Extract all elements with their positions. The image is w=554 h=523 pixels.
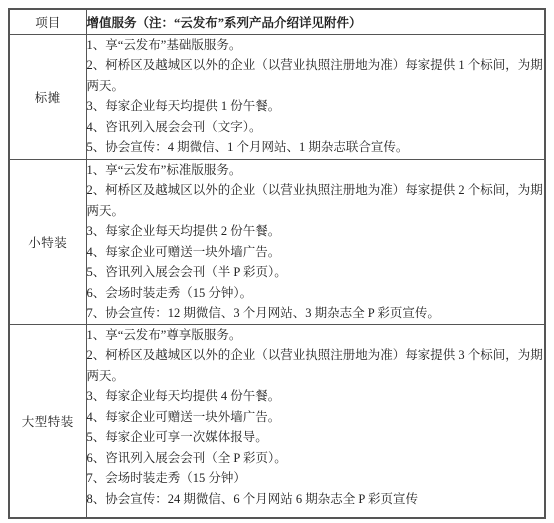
value-added-services-table: 项目 增值服务（注：“云发布”系列产品介绍详见附件） 标摊 1、享“云发布”基础…	[8, 8, 546, 519]
header-cell-services: 增值服务（注：“云发布”系列产品介绍详见附件）	[86, 9, 545, 34]
table-row-large-special: 大型特装 1、享“云发布”尊享版服务。 2、柯桥区及越城区以外的企业（以营业执照…	[9, 324, 545, 518]
service-item: 2、柯桥区及越城区以外的企业（以营业执照注册地为准）每家提供 2 个标间，为期两…	[87, 180, 545, 221]
document-page: 项目 增值服务（注：“云发布”系列产品介绍详见附件） 标摊 1、享“云发布”基础…	[0, 0, 554, 523]
service-item: 2、柯桥区及越城区以外的企业（以营业执照注册地为准）每家提供 3 个标间，为期两…	[87, 345, 545, 386]
service-item: 4、咨讯列入展会会刊（文字）。	[87, 117, 545, 138]
row-label-standard-booth: 标摊	[9, 34, 86, 159]
service-item: 6、咨讯列入展会会刊（全 P 彩页）。	[87, 448, 545, 469]
service-item: 5、每家企业可享一次媒体报导。	[87, 427, 545, 448]
service-item: 7、会场时装走秀（15 分钟）	[87, 468, 545, 489]
service-item: 1、享“云发布”基础版服务。	[87, 35, 545, 56]
table-row-standard-booth: 标摊 1、享“云发布”基础版服务。 2、柯桥区及越城区以外的企业（以营业执照注册…	[9, 34, 545, 159]
row-content-small-special: 1、享“云发布”标准版服务。 2、柯桥区及越城区以外的企业（以营业执照注册地为准…	[86, 159, 545, 324]
service-item: 5、协会宣传：4 期微信、1 个月网站、1 期杂志联合宣传。	[87, 137, 545, 158]
row-content-large-special: 1、享“云发布”尊享版服务。 2、柯桥区及越城区以外的企业（以营业执照注册地为准…	[86, 324, 545, 518]
row-label-small-special: 小特装	[9, 159, 86, 324]
header-cell-item: 项目	[9, 9, 86, 34]
service-item: 3、每家企业每天均提供 1 份午餐。	[87, 96, 545, 117]
service-item: 1、享“云发布”标准版服务。	[87, 160, 545, 181]
row-content-standard-booth: 1、享“云发布”基础版服务。 2、柯桥区及越城区以外的企业（以营业执照注册地为准…	[86, 34, 545, 159]
service-item: 3、每家企业每天均提供 2 份午餐。	[87, 221, 545, 242]
service-item: 6、会场时装走秀（15 分钟）。	[87, 283, 545, 304]
service-item: 3、每家企业每天均提供 4 份午餐。	[87, 386, 545, 407]
service-item: 4、每家企业可赠送一块外墙广告。	[87, 242, 545, 263]
service-item: 8、协会宣传：24 期微信、6 个月网站 6 期杂志全 P 彩页宣传	[87, 489, 545, 510]
row-label-large-special: 大型特装	[9, 324, 86, 518]
service-item: 4、每家企业可赠送一块外墙广告。	[87, 407, 545, 428]
service-item: 7、协会宣传：12 期微信、3 个月网站、3 期杂志全 P 彩页宣传。	[87, 303, 545, 324]
service-item: 5、咨讯列入展会会刊（半 P 彩页）。	[87, 262, 545, 283]
table-row-small-special: 小特装 1、享“云发布”标准版服务。 2、柯桥区及越城区以外的企业（以营业执照注…	[9, 159, 545, 324]
service-item: 1、享“云发布”尊享版服务。	[87, 325, 545, 346]
service-item: 2、柯桥区及越城区以外的企业（以营业执照注册地为准）每家提供 1 个标间，为期两…	[87, 55, 545, 96]
table-header-row: 项目 增值服务（注：“云发布”系列产品介绍详见附件）	[9, 9, 545, 34]
